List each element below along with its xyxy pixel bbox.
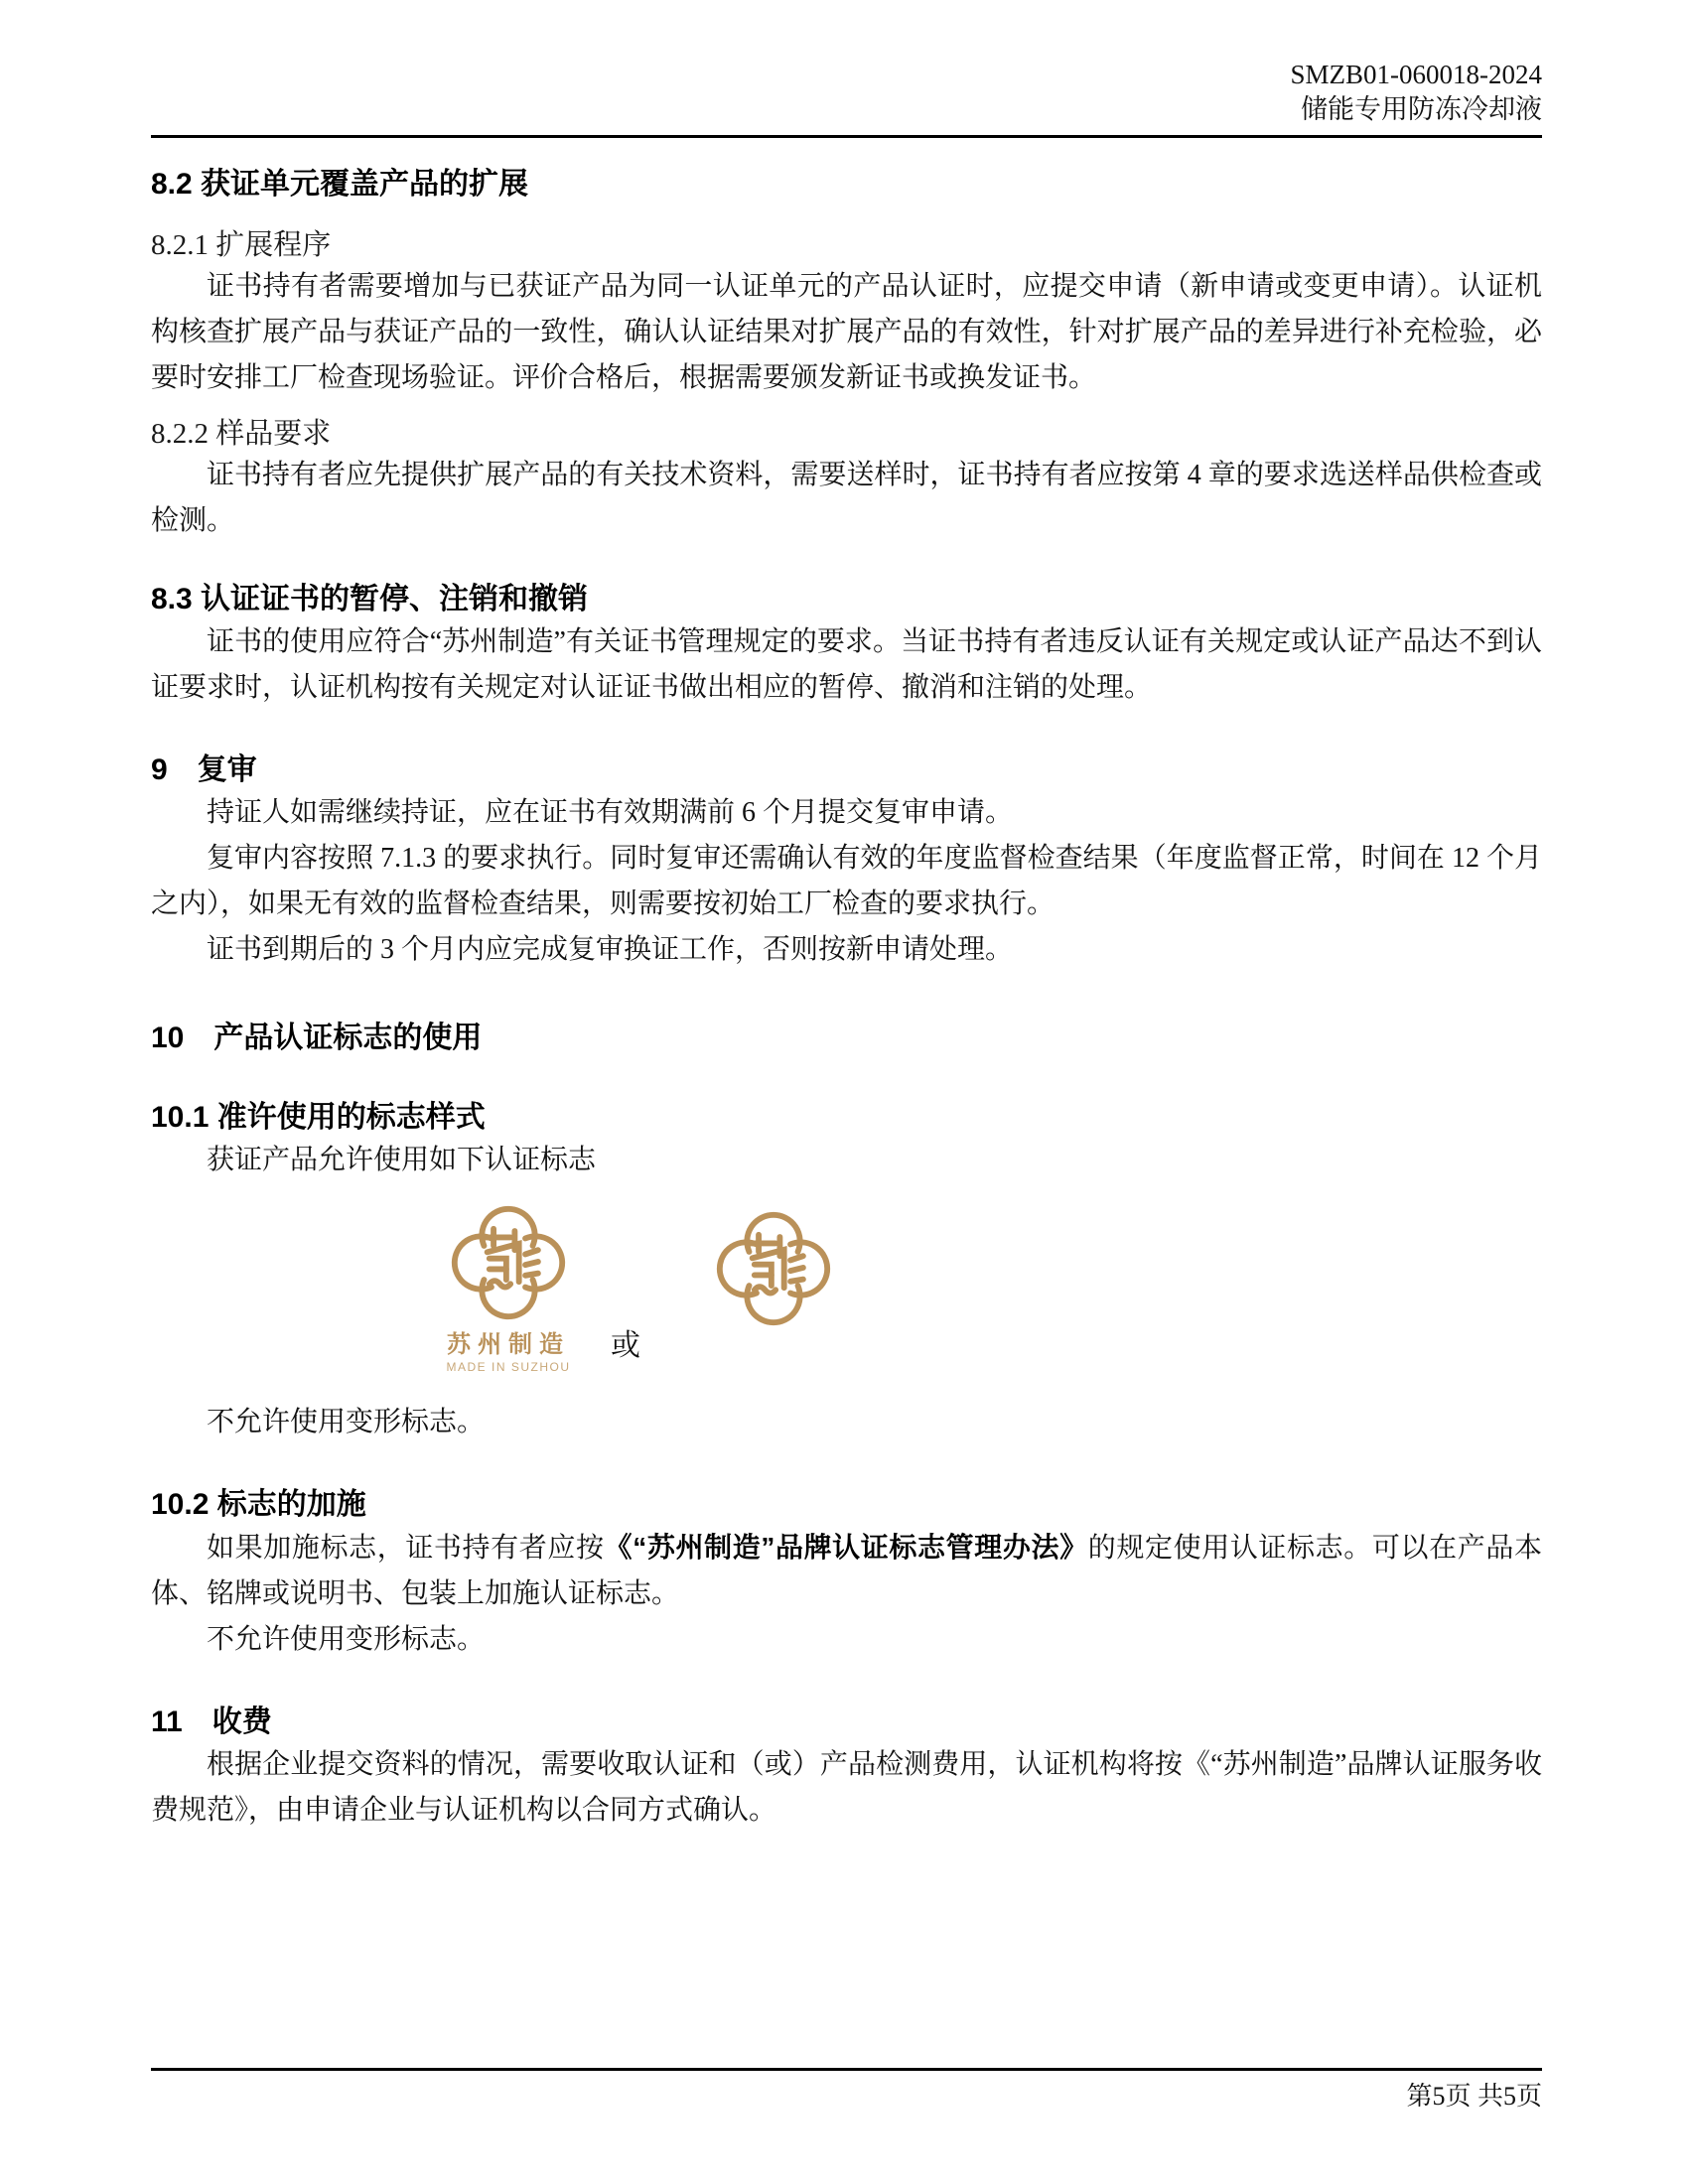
document-page: SMZB01-060018-2024 储能专用防冻冷却液 8.2 获证单元覆盖产… (0, 0, 1688, 2184)
heading-10-1: 10.1 准许使用的标志样式 (151, 1098, 1542, 1138)
paragraph-10-2-bold: 《“苏州制造”品牌认证标志管理办法》 (605, 1532, 1088, 1563)
heading-8-2-2: 8.2.2 样品要求 (151, 415, 1542, 453)
heading-8-2: 8.2 获证单元覆盖产品的扩展 (151, 165, 1542, 205)
footer-rule (151, 2068, 1542, 2071)
paragraph-8-3: 证书的使用应符合“苏州制造”有关证书管理规定的要求。当证书持有者违反认证有关规定… (151, 619, 1542, 711)
paragraph-10-2-pre: 如果加施标志，证书持有者应按 (207, 1533, 605, 1564)
page-footer: 第5页 共5页 (151, 2068, 1542, 2113)
heading-11-number: 11 (151, 1703, 183, 1742)
certification-marks: 苏州制造 MADE IN SUZHOU 或 (434, 1199, 1542, 1378)
suzhou-emblem-icon (710, 1205, 837, 1332)
heading-10-2: 10.2 标志的加施 (151, 1485, 1542, 1525)
doc-title: 储能专用防冻冷却液 (151, 92, 1542, 127)
paragraph-8-2-2: 证书持有者应先提供扩展产品的有关技术资料，需要送样时，证书持有者应按第 4 章的… (151, 453, 1542, 544)
heading-9-title: 复审 (198, 753, 257, 786)
paragraph-10-1: 获证产品允许使用如下认证标志 (151, 1138, 1542, 1183)
heading-10: 10产品认证标志的使用 (151, 1019, 1542, 1058)
note-no-deformed-mark-2: 不允许使用变形标志。 (151, 1617, 1542, 1663)
paragraph-11: 根据企业提交资料的情况，需要收取认证和（或）产品检测费用，认证机构将按《“苏州制… (151, 1742, 1542, 1834)
page-header: SMZB01-060018-2024 储能专用防冻冷却液 (151, 0, 1542, 127)
heading-9-number: 9 (151, 751, 168, 790)
logo-caption-cn: 苏州制造 (434, 1324, 583, 1359)
heading-9: 9复审 (151, 751, 1542, 790)
logo-caption-en: MADE IN SUZHOU (434, 1360, 583, 1374)
or-label: 或 (611, 1320, 640, 1364)
heading-10-title: 产品认证标志的使用 (213, 1022, 482, 1054)
suzhou-mark-plain (710, 1199, 837, 1332)
heading-8-2-1: 8.2.1 扩展程序 (151, 226, 1542, 264)
heading-11-title: 收费 (212, 1706, 272, 1738)
suzhou-emblem-icon (445, 1199, 572, 1326)
heading-8-3: 8.3 认证证书的暂停、注销和撤销 (151, 580, 1542, 619)
doc-number: SMZB01-060018-2024 (151, 58, 1542, 92)
header-rule (151, 135, 1542, 138)
heading-10-number: 10 (151, 1019, 184, 1058)
paragraph-9-2: 复审内容按照 7.1.3 的要求执行。同时复审还需确认有效的年度监督检查结果（年… (151, 836, 1542, 927)
note-no-deformed-mark-1: 不允许使用变形标志。 (151, 1400, 1542, 1445)
paragraph-9-3: 证书到期后的 3 个月内应完成复审换证工作，否则按新申请处理。 (151, 927, 1542, 973)
paragraph-10-2: 如果加施标志，证书持有者应按《“苏州制造”品牌认证标志管理办法》的规定使用认证标… (151, 1525, 1542, 1617)
suzhou-mark-with-caption: 苏州制造 MADE IN SUZHOU (434, 1199, 583, 1374)
paragraph-8-2-1: 证书持有者需要增加与已获证产品为同一认证单元的产品认证时，应提交申请（新申请或变… (151, 264, 1542, 401)
paragraph-9-1: 持证人如需继续持证，应在证书有效期满前 6 个月提交复审申请。 (151, 790, 1542, 836)
page-number: 第5页 共5页 (151, 2076, 1542, 2113)
heading-11: 11收费 (151, 1703, 1542, 1742)
